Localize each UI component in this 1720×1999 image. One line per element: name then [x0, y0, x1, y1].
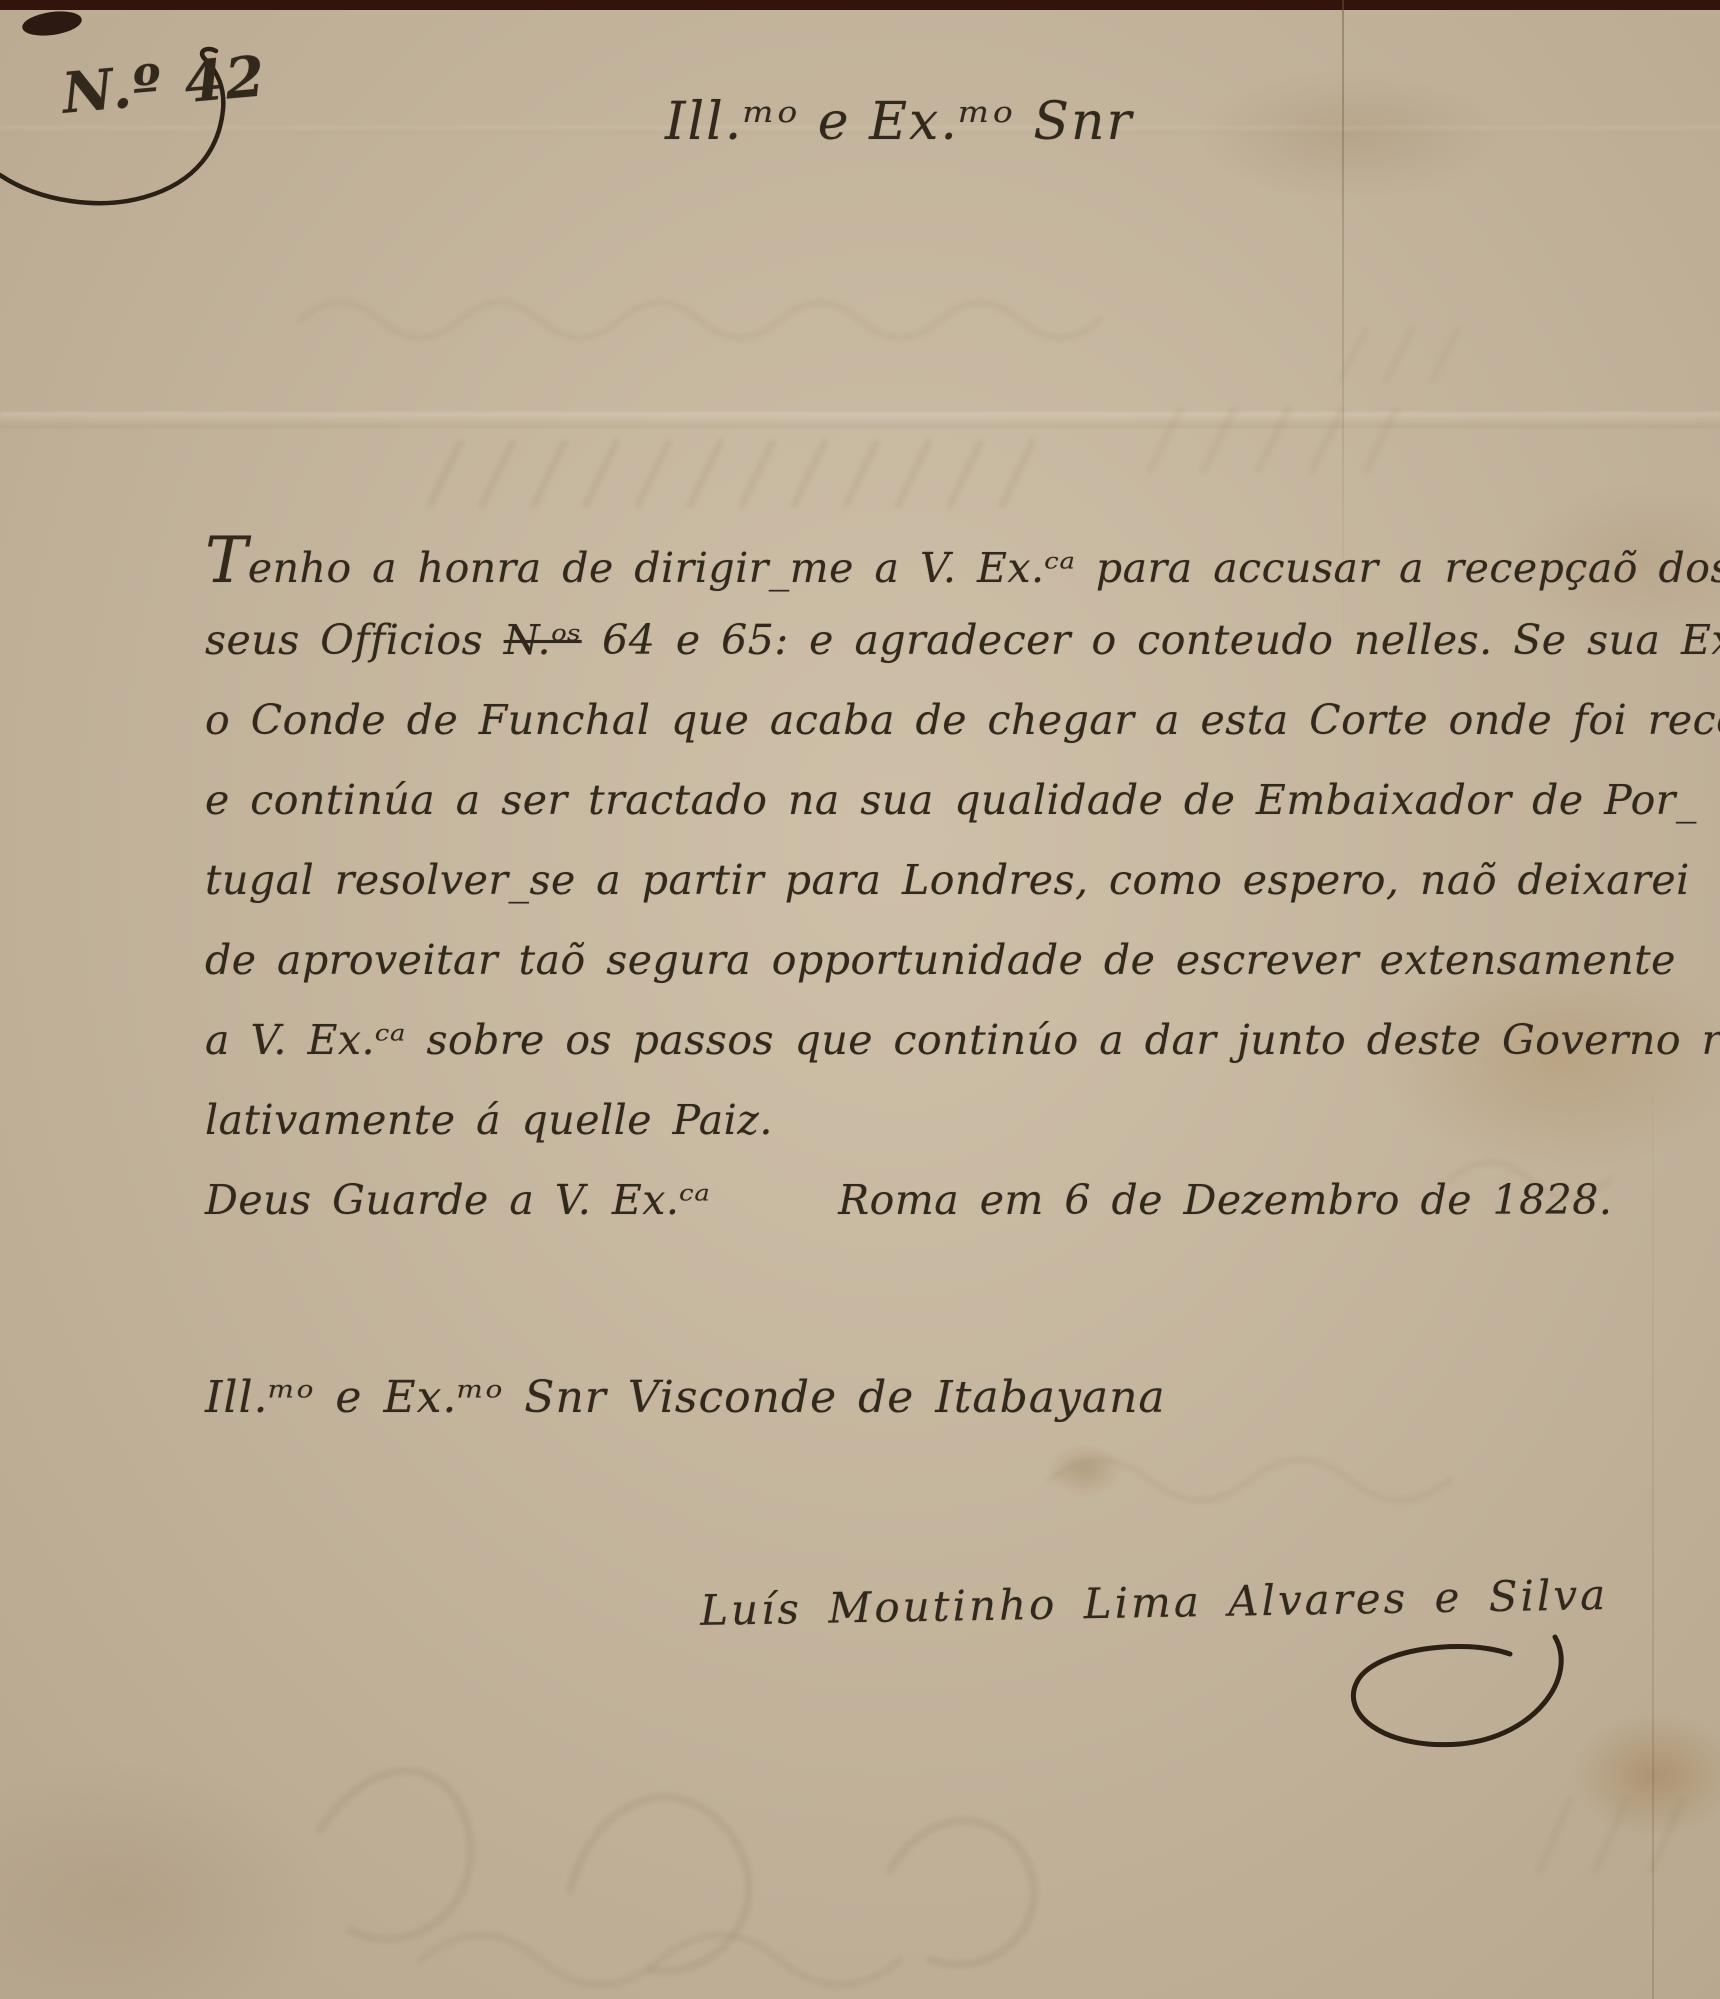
body-line-text: e continúa a ser tractado na sua qualida…: [205, 776, 1697, 824]
body-line: lativamente á quelle Paiz.: [205, 1080, 1665, 1160]
salutation: Ill.ᵐᵒ e Ex.ᵐᵒ Snr: [665, 92, 1133, 152]
body-line-text: Tenho a honra de dirigir_me a V. Ex.ᶜᵃ p…: [205, 544, 1720, 592]
scan-edge: [0, 0, 1720, 10]
letter-body: Tenho a honra de dirigir_me a V. Ex.ᶜᵃ p…: [205, 520, 1665, 1240]
body-line-text: seus Officios: [205, 616, 504, 664]
horizontal-fold-crease: [0, 412, 1720, 428]
body-line-text: de aproveitar taõ segura opportunidade d…: [205, 936, 1676, 984]
addressee-text: Ill.ᵐᵒ e Ex.ᵐᵒ Snr Visconde de Itabayana: [205, 1372, 1166, 1423]
body-line-text: tugal resolver_se a partir para Londres,…: [205, 856, 1690, 904]
body-line: e continúa a ser tractado na sua qualida…: [205, 760, 1665, 840]
body-line: Tenho a honra de dirigir_me a V. Ex.ᶜᵃ p…: [205, 520, 1665, 600]
body-line: tugal resolver_se a partir para Londres,…: [205, 840, 1665, 920]
body-line-text: a V. Ex.ᶜᵃ sobre os passos que continúo …: [205, 1016, 1720, 1064]
valediction: Deus Guarde a V. Ex.ᶜᵃ: [205, 1176, 710, 1224]
body-line-text: lativamente á quelle Paiz.: [205, 1096, 773, 1144]
body-line-text: 64 e 65: e agradecer o conteudo nelles. …: [582, 616, 1720, 664]
dateline: Roma em 6 de Dezembro de 1828.: [838, 1176, 1612, 1224]
addressee-line: Ill.ᵐᵒ e Ex.ᵐᵒ Snr Visconde de Itabayana: [205, 1372, 1166, 1423]
body-line: a V. Ex.ᶜᵃ sobre os passos que continúo …: [205, 1000, 1665, 1080]
body-line: o Conde de Funchal que acaba de chegar a…: [205, 680, 1665, 760]
body-line: de aproveitar taõ segura opportunidade d…: [205, 920, 1665, 1000]
signature-flourish: [1330, 1622, 1580, 1792]
body-line-text: o Conde de Funchal que acaba de chegar a…: [205, 696, 1720, 744]
struck-text: N.ᵒˢ: [504, 616, 582, 664]
closing-line: Deus Guarde a V. Ex.ᶜᵃRoma em 6 de Dezem…: [205, 1160, 1665, 1240]
manuscript-letter-page: N.º 42 Ill.ᵐᵒ e Ex.ᵐᵒ Snr Tenho a honra …: [0, 0, 1720, 1999]
body-line: seus Officios N.ᵒˢ 64 e 65: e agradecer …: [205, 600, 1665, 680]
salutation-text: Ill.ᵐᵒ e Ex.ᵐᵒ Snr: [665, 92, 1133, 152]
